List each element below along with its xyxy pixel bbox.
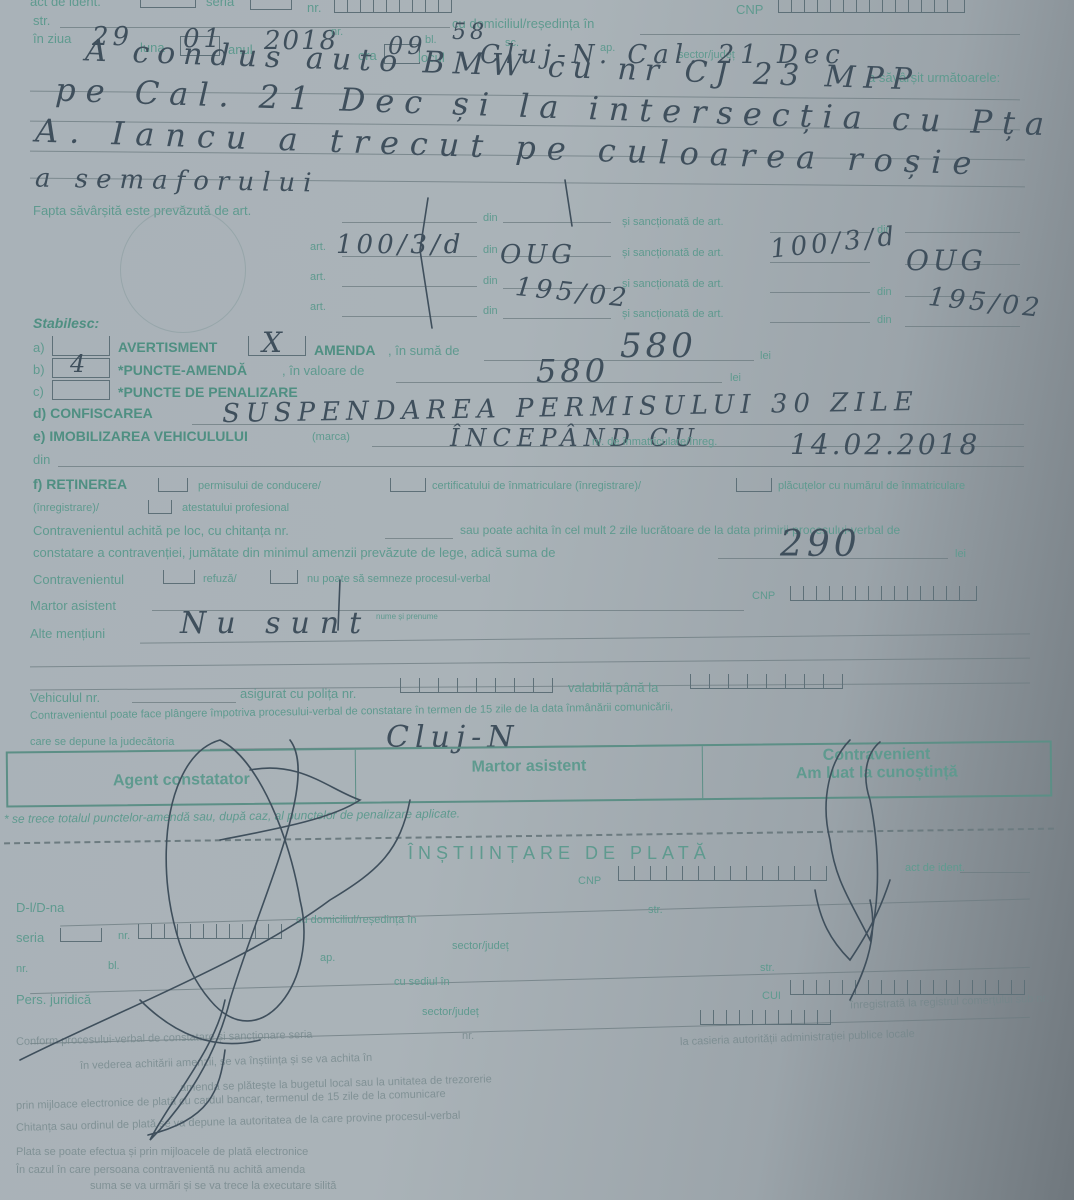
- sanctionata-label: și sancționată de art.: [622, 247, 724, 259]
- din-label: din: [483, 244, 498, 256]
- art-label: art.: [310, 301, 326, 313]
- seria-label: seria: [206, 0, 234, 9]
- pers-juridica-label: Pers. juridică: [16, 992, 91, 1007]
- nume-prenume-label: nume și prenume: [376, 612, 438, 621]
- registru-boxes[interactable]: [700, 1010, 831, 1025]
- bl-label: bl.: [425, 34, 437, 46]
- instiintare-str2-label: str.: [760, 962, 775, 974]
- b-prefix: b): [33, 362, 45, 377]
- art-label: art.: [310, 271, 326, 283]
- inregistrare-label: (înregistrare)/: [33, 502, 99, 514]
- act-label: act de ident.: [30, 0, 101, 9]
- permis-checkbox[interactable]: [158, 478, 188, 492]
- rule-5: [30, 658, 1030, 668]
- placute-label: plăcuțelor cu numărul de înmatriculare: [778, 480, 965, 492]
- achita-label: Contravenientul achită pe loc, cu chitan…: [33, 523, 289, 538]
- din-value-3[interactable]: 195/02: [514, 272, 632, 314]
- dl-dna-label: D-l/D-na: [16, 900, 64, 915]
- act-box[interactable]: [140, 0, 196, 8]
- str-label: str.: [33, 13, 50, 28]
- conform-line: Conform procesului-verbal de constatare …: [16, 1029, 313, 1048]
- nu-poate-label: nu poate să semneze procesul-verbal: [307, 573, 490, 585]
- atestat-label: atestatului profesional: [182, 502, 289, 514]
- amenda-suma-line: [484, 360, 754, 361]
- conform-nr-label: nr.: [462, 1030, 474, 1042]
- cut-line: [4, 828, 1054, 845]
- din-label: din: [483, 305, 498, 317]
- avertisment-label: AVERTISMENT: [118, 339, 217, 355]
- description-line-4[interactable]: a semaforului: [35, 164, 320, 199]
- din-label: din: [877, 314, 892, 326]
- sanct-din-value-2[interactable]: OUG: [906, 244, 987, 277]
- amenda-label: AMENDA: [314, 342, 375, 358]
- cnp-label: CNP: [736, 2, 763, 17]
- marca-label: (marca): [312, 431, 350, 443]
- instiintare-title: ÎNȘTIINȚARE DE PLATĂ: [408, 843, 711, 864]
- domiciliu-line: [640, 34, 1020, 35]
- amenda-checkbox-value: X: [262, 326, 286, 359]
- seria-box[interactable]: [250, 0, 292, 10]
- faint-line-1: în vederea achitării amenzii, se va înșt…: [80, 1052, 372, 1072]
- nu-poate-checkbox[interactable]: [270, 570, 298, 584]
- cnp-boxes[interactable]: [778, 0, 965, 13]
- martor-cnp-boxes[interactable]: [790, 586, 977, 601]
- instiintare-ap-label: ap.: [320, 952, 335, 964]
- sanctionata-label: și sancționată de art.: [622, 308, 724, 320]
- agent-signature-cell[interactable]: Agent constatator: [8, 750, 356, 806]
- nr-inmatriculare-label: nr. de înmatriculare/înreg.: [592, 436, 717, 448]
- instiintare-nr2-label: nr.: [16, 963, 28, 975]
- refuza-checkbox[interactable]: [163, 570, 195, 584]
- sanctionata-label: și sancționată de art.: [622, 278, 724, 290]
- instiintare-sector-label: sector/județ: [452, 940, 509, 952]
- faint-line-4: Chitanța sau ordinul de plată se va depu…: [16, 1110, 461, 1134]
- instiintare-nr-boxes[interactable]: [138, 924, 282, 939]
- valoare-value[interactable]: 580: [536, 352, 609, 390]
- valabila-boxes[interactable]: [690, 674, 843, 689]
- lei-label: lei: [760, 350, 771, 362]
- martor-label: Martor asistent: [30, 598, 116, 613]
- jumatate-label: constatare a contravenției, jumătate din…: [33, 545, 555, 560]
- amenda-suma-value[interactable]: 580: [620, 326, 697, 366]
- a-prefix: a): [33, 340, 45, 355]
- certificat-checkbox[interactable]: [390, 478, 426, 492]
- instiintare-cnp-boxes[interactable]: [618, 866, 827, 881]
- cnp-label-2: CNP: [752, 590, 775, 602]
- sanct-din-value-3[interactable]: 195/02: [927, 282, 1045, 324]
- c-prefix: c): [33, 384, 44, 399]
- vehiculul-line: [132, 702, 236, 703]
- luat-cunostinta-label: Am luat la cunoștință: [703, 763, 1050, 785]
- imobilizarea-label: e) IMOBILIZAREA VEHICULULUI: [33, 428, 248, 444]
- instiintare-nr-label: nr.: [118, 930, 130, 942]
- plangere-text: Contravenientul poate face plângere împo…: [30, 701, 673, 722]
- alte-mentiuni-value[interactable]: Nu sunt: [180, 606, 371, 641]
- in-ziua-label: în ziua: [33, 31, 71, 46]
- sanct-art-value-2[interactable]: 100/3/d: [769, 221, 900, 264]
- sanctionata-label: și sancționată de art.: [622, 216, 724, 228]
- instiintare-seria-label: seria: [16, 930, 44, 945]
- nr-label: nr.: [307, 0, 321, 15]
- footnote: * se trece totalul punctelor-amendă sau,…: [4, 806, 460, 826]
- nr-boxes[interactable]: [334, 0, 452, 13]
- valabila-label: valabilă până la: [568, 680, 658, 695]
- puncte-amenda-value[interactable]: 4: [70, 350, 89, 378]
- half-amount-value[interactable]: 290: [780, 524, 861, 565]
- stamp-circle: [120, 207, 246, 333]
- martor-sig-label: Martor asistent: [356, 756, 703, 778]
- din-label: din: [877, 286, 892, 298]
- certificat-label: certificatului de înmatriculare (înregis…: [432, 480, 641, 492]
- casierie-label: la casieria autorității administrației p…: [680, 1028, 915, 1048]
- sediu-label: cu sediul în: [394, 976, 450, 988]
- valoare-label: , în valoare de: [282, 363, 364, 378]
- instiintare-domiciliu-label: cu domiciliul/reședința în: [296, 914, 416, 926]
- chitanta-line: [385, 538, 453, 539]
- judecatoria-label: care se depune la judecătoria: [30, 736, 174, 748]
- agent-label: Agent constatator: [8, 770, 355, 792]
- refuza-label: refuză/: [203, 573, 237, 585]
- faint-line-7: suma se va urmări și se va trece la exec…: [90, 1180, 336, 1192]
- lei-label-2: lei: [730, 372, 741, 384]
- instiintare-sector2-label: sector/județ: [422, 1006, 479, 1018]
- polita-boxes[interactable]: [400, 678, 553, 693]
- din-label: din: [33, 452, 50, 467]
- fapta-label: Fapta săvârșită este prevăzută de art.: [33, 203, 251, 218]
- signature-table: Agent constatator Martor asistent Contra…: [6, 741, 1053, 808]
- amenda-suma-label: , în sumă de: [388, 343, 460, 358]
- art-value-2[interactable]: 100/3/d: [336, 230, 464, 260]
- instiintare-bl-label: bl.: [108, 960, 120, 972]
- puncte-amenda-label: *PUNCTE-AMENDĂ: [118, 362, 247, 378]
- act-line: [960, 872, 1030, 873]
- instiintare-act-label: act de ident.: [905, 862, 965, 874]
- faint-line-6: În cazul în care persoana contravenientă…: [16, 1164, 305, 1176]
- cui-label: CUI: [762, 990, 781, 1002]
- confiscarea-value[interactable]: SUSPENDAREA PERMISULUI 30 ZILE: [222, 387, 919, 429]
- din-line: [58, 466, 1024, 467]
- cui-boxes[interactable]: [790, 980, 1025, 995]
- retinerea-label: f) REȚINEREA: [33, 476, 127, 492]
- faint-line-5: Plata se poate efectua și prin mijloacel…: [16, 1146, 308, 1158]
- permis-label: permisului de conducere/: [198, 480, 321, 492]
- puncte-penalizare-box[interactable]: [52, 380, 110, 400]
- imobilizarea-date[interactable]: 14.02.2018: [790, 428, 980, 461]
- confiscarea-label: d) CONFISCAREA: [33, 405, 153, 421]
- inregistrata-label: înregistrată la registrul comerțului sub…: [850, 993, 1049, 1012]
- asigurat-label: asigurat cu polița nr.: [240, 686, 356, 701]
- martor-signature-cell[interactable]: Martor asistent: [355, 746, 703, 802]
- dl-dna-line: [60, 898, 1030, 926]
- instiintare-cnp-label: CNP: [578, 875, 601, 887]
- din-value-2[interactable]: OUG: [500, 240, 576, 270]
- instiintare-str-label: str.: [648, 904, 663, 916]
- alte-mentiuni-label: Alte mențiuni: [30, 626, 105, 641]
- placute-checkbox[interactable]: [736, 478, 772, 492]
- art-label: art.: [310, 241, 326, 253]
- vehiculul-label: Vehiculul nr.: [30, 690, 100, 705]
- instiintare-seria-box[interactable]: [60, 928, 102, 942]
- contravenient-signature-cell[interactable]: Contravenient Am luat la cunoștință: [703, 743, 1050, 799]
- violation-report-form: act de ident. seria nr. cu domiciliul/re…: [0, 0, 1074, 1200]
- contravenientul-label: Contravenientul: [33, 572, 124, 587]
- din-label: din: [483, 212, 498, 224]
- atestat-checkbox[interactable]: [148, 500, 172, 514]
- din-label: din: [483, 275, 498, 287]
- nr2-label: nr.: [331, 26, 343, 38]
- lei-label-3: lei: [955, 548, 966, 560]
- stabilesc-label: Stabilesc:: [33, 315, 99, 331]
